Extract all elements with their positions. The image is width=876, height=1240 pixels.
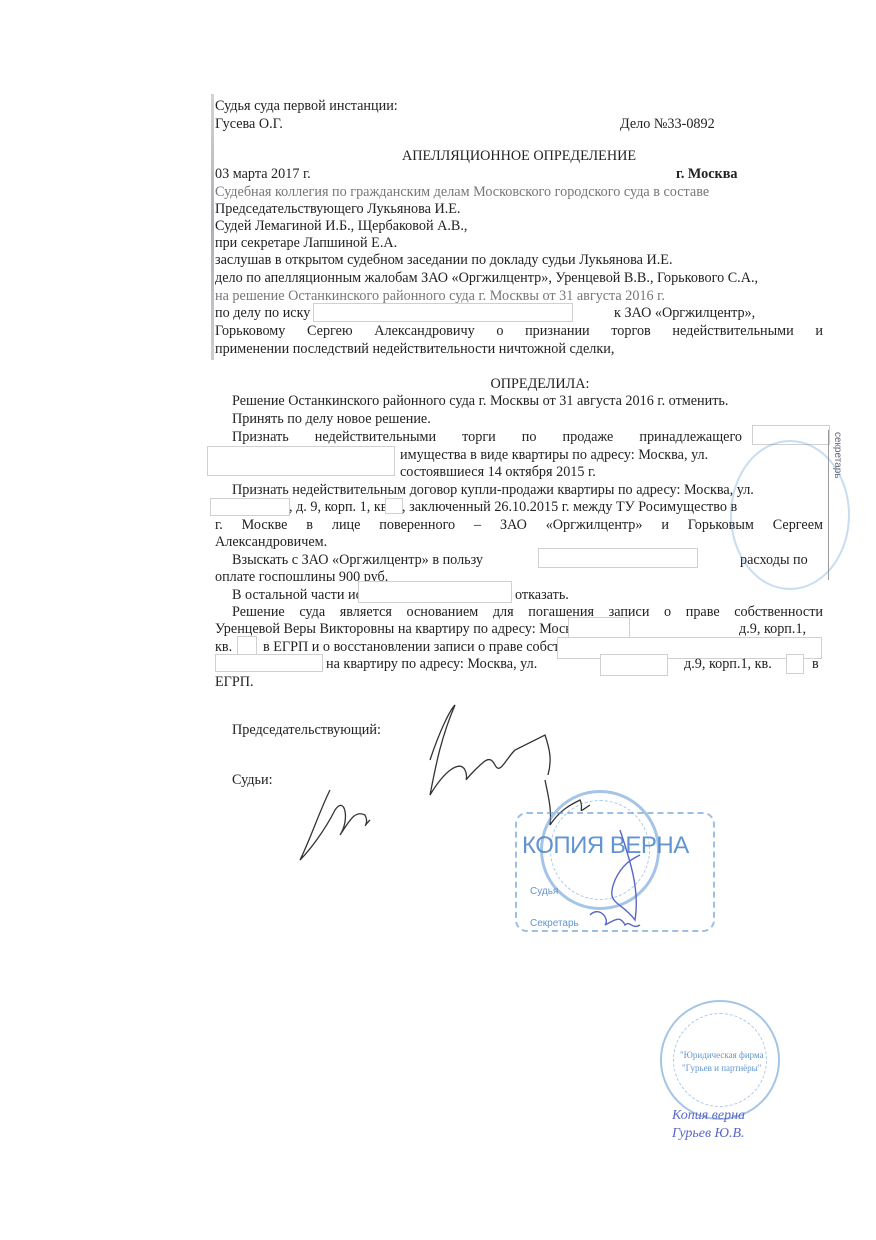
redacted-field xyxy=(210,498,290,516)
ruling-paragraph: Уренцевой Веры Викторовны на квартиру по… xyxy=(215,621,609,638)
preamble-line: Судей Лемагиной И.Б., Щербаковой А.В., xyxy=(215,218,467,235)
redacted-field xyxy=(358,581,512,603)
stamp-row-judge: Судья xyxy=(530,886,558,897)
blue-signature xyxy=(560,820,680,940)
ruling-paragraph: д.9, корп.1, кв. xyxy=(684,656,772,673)
redacted-field xyxy=(385,498,403,514)
redacted-field xyxy=(313,303,573,322)
document-page: Судья суда первой инстанции: Гусева О.Г.… xyxy=(0,0,876,1240)
preamble-line: Горьковому Сергею Александровичу о призн… xyxy=(215,323,823,340)
document-city: г. Москва xyxy=(676,166,737,183)
ruling-paragraph: , заключенный 26.10.2015 г. между ТУ Рос… xyxy=(402,499,737,516)
ruling-paragraph: Взыскать с ЗАО «Оргжилцентр» в пользу xyxy=(232,552,483,569)
ruling-paragraph: Решение Останкинского районного суда г. … xyxy=(232,393,728,410)
ruling-paragraph: Принять по делу новое решение. xyxy=(232,411,431,428)
redacted-field xyxy=(207,446,395,476)
case-number: Дело №33-0892 xyxy=(620,116,715,133)
ruling-heading: ОПРЕДЕЛИЛА: xyxy=(215,376,865,393)
ruling-paragraph: отказать. xyxy=(515,587,569,604)
first-instance-label: Судья суда первой инстанции: xyxy=(215,98,398,115)
preamble-line: при секретаре Лапшиной Е.А. xyxy=(215,235,397,252)
ruling-paragraph: Александровичем. xyxy=(215,534,327,551)
preamble-line: заслушав в открытом судебном заседании п… xyxy=(215,252,673,269)
firm-name-line1: "Юридическая фирма xyxy=(680,1050,764,1060)
ruling-paragraph: Признать недействительными торги по прод… xyxy=(232,429,742,446)
judges-label: Судьи: xyxy=(232,772,273,789)
ruling-paragraph: имущества в виде квартиры по адресу: Мос… xyxy=(400,447,708,464)
ruling-paragraph: д.9, корп.1, xyxy=(739,621,806,638)
document-title: АПЕЛЛЯЦИОННОЕ ОПРЕДЕЛЕНИЕ xyxy=(215,148,823,165)
redacted-field xyxy=(568,617,630,639)
ruling-paragraph: Признать недействительным договор купли-… xyxy=(232,482,754,499)
ruling-paragraph: в xyxy=(812,656,819,673)
redacted-field xyxy=(600,654,668,676)
preamble-line: дело по апелляционным жалобам ЗАО «Оргжи… xyxy=(215,270,758,287)
ruling-paragraph: В остальной части иска xyxy=(232,587,375,604)
preamble-line: Председательствующего Лукьянова И.Е. xyxy=(215,201,460,218)
preamble-line: Судебная коллегия по гражданским делам М… xyxy=(215,184,709,201)
ruling-paragraph: состоявшиеся 14 октября 2015 г. xyxy=(400,464,596,481)
first-instance-judge: Гусева О.Г. xyxy=(215,116,283,133)
document-date: 03 марта 2017 г. xyxy=(215,166,311,183)
preamble-line: по делу по иску xyxy=(215,305,310,322)
redacted-field xyxy=(215,654,323,672)
ruling-paragraph: , д. 9, корп. 1, кв. xyxy=(289,499,391,516)
ruling-paragraph: ЕГРП. xyxy=(215,674,254,691)
handwritten-name: Гурьев Ю.В. xyxy=(672,1126,745,1142)
redacted-field xyxy=(786,654,804,674)
ruling-paragraph: на квартиру по адресу: Москва, ул. xyxy=(326,656,537,673)
ruling-paragraph: Решение суда является основанием для пог… xyxy=(232,604,823,621)
partial-seal xyxy=(730,440,850,590)
preamble-line: применении последствий недействительност… xyxy=(215,341,614,358)
firm-name-line2: "Гурьев и партнёры" xyxy=(682,1063,761,1073)
scan-edge-mark xyxy=(211,94,214,360)
preamble-line: к ЗАО «Оргжилцентр», xyxy=(614,305,755,322)
redacted-field xyxy=(538,548,698,568)
firm-seal-inner xyxy=(673,1013,767,1107)
handwritten-copy-certified: Копия верна xyxy=(672,1108,745,1124)
